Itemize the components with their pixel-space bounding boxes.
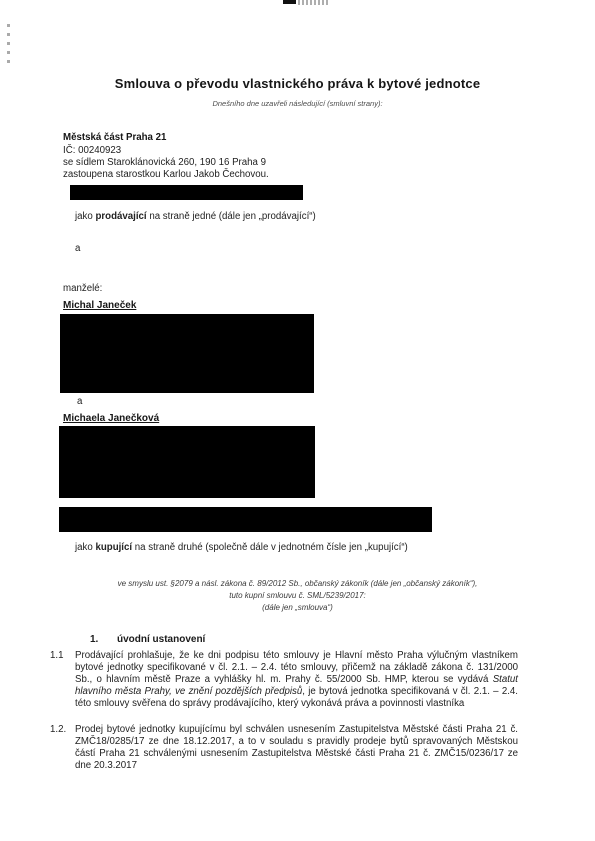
document-title: Smlouva o převodu vlastnického práva k b… [0,76,595,91]
paragraph-1-1-number: 1.1 [50,650,75,710]
seller-address-line: se sídlem Staroklánovická 260, 190 16 Pr… [63,157,266,169]
conjunction-a-1: a [75,243,80,255]
paragraph-1-2-text: Prodej bytové jednotky kupujícímu byl sc… [75,724,518,772]
preamble-line-1: ve smyslu ust. §2079 a násl. zákona č. 8… [0,578,595,590]
scan-artifact-top-smudge [298,0,328,5]
seller-role-post: na straně jedné (dále jen „prodávající“) [147,211,316,222]
section1-number: 1. [90,634,98,645]
buyer2-name: Michaela Janečková [63,413,159,424]
seller-representative-line: zastoupena starostkou Karlou Jakob Čecho… [63,169,269,181]
buyer-role-pre: jako [75,542,95,553]
scan-artifact-left-margin [7,24,10,68]
paragraph-1-2-number: 1.2. [50,724,75,772]
redaction-block-buyer1 [60,314,314,393]
section1-title: úvodní ustanovení [117,634,205,645]
contract-preamble: ve smyslu ust. §2079 a násl. zákona č. 8… [0,578,595,614]
buyer-role-term: kupující [95,542,132,553]
spouses-label: manželé: [63,283,102,295]
buyer-role-line: jako kupující na straně druhé (společně … [75,542,408,554]
buyer1-name: Michal Janeček [63,300,136,311]
contract-scan-page: Smlouva o převodu vlastnického práva k b… [0,0,595,841]
paragraph-1-2: 1.2. Prodej bytové jednotky kupujícímu b… [50,724,518,772]
paragraph-1-1: 1.1 Prodávající prohlašuje, že ke dni po… [50,650,518,710]
redaction-block-buyer2 [59,426,315,498]
redaction-bar-buyers-shared [59,507,432,532]
seller-role-pre: jako [75,211,95,222]
seller-name: Městská část Praha 21 [63,132,166,144]
document-subtitle: Dnešního dne uzavřeli následující (smluv… [0,99,595,108]
seller-role-term: prodávající [95,211,146,222]
scan-artifact-top-mark [283,0,296,4]
seller-id-line: IČ: 00240923 [63,145,121,157]
paragraph-1-1-pre: Prodávající prohlašuje, že ke dni podpis… [75,650,518,685]
preamble-line-2: tuto kupní smlouvu č. SML/5239/2017: [0,590,595,602]
buyer-role-post: na straně druhé (společně dále v jednotn… [132,542,408,553]
seller-role-line: jako prodávající na straně jedné (dále j… [75,211,316,223]
redaction-bar-seller [70,185,303,200]
preamble-line-3: (dále jen „smlouva“) [0,602,595,614]
conjunction-a-2: a [77,396,82,408]
paragraph-1-1-text: Prodávající prohlašuje, že ke dni podpis… [75,650,518,710]
